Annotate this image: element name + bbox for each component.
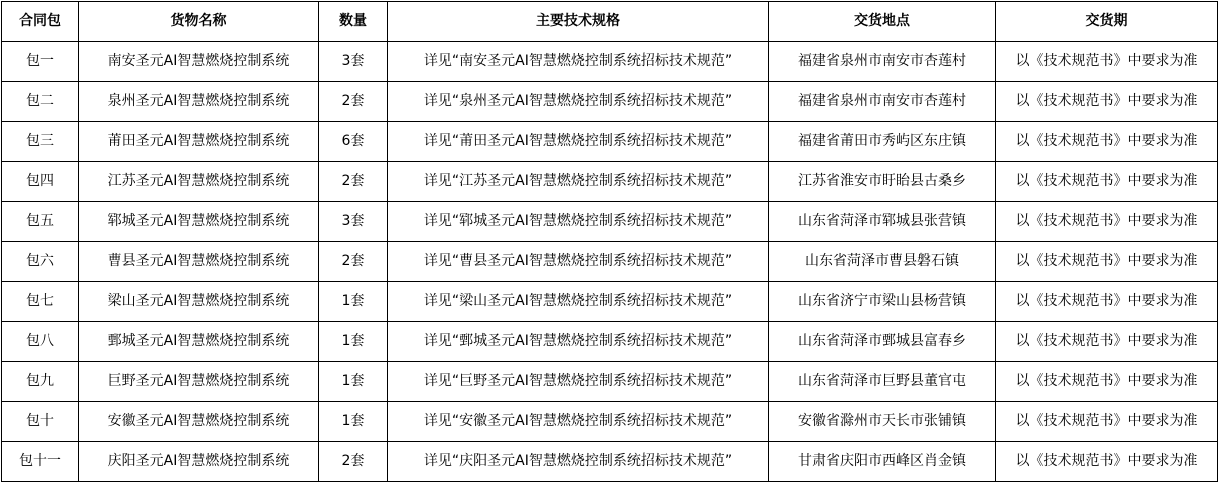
table-row: 包三莆田圣元AI智慧燃烧控制系统6套详见“莆田圣元AI智慧燃烧控制系统招标技术规… — [2, 122, 1218, 162]
cell-goods: 梁山圣元AI智慧燃烧控制系统 — [79, 282, 319, 322]
cell-goods: 郓城圣元AI智慧燃烧控制系统 — [79, 202, 319, 242]
cell-spec: 详见“安徽圣元AI智慧燃烧控制系统招标技术规范” — [388, 402, 769, 442]
cell-package: 包四 — [2, 162, 79, 202]
cell-spec: 详见“曹县圣元AI智慧燃烧控制系统招标技术规范” — [388, 242, 769, 282]
cell-location: 山东省菏泽市曹县磐石镇 — [769, 242, 996, 282]
cell-goods: 安徽圣元AI智慧燃烧控制系统 — [79, 402, 319, 442]
column-header-goods: 货物名称 — [79, 2, 319, 42]
cell-delivery: 以《技术规范书》中要求为准 — [996, 202, 1218, 242]
cell-qty: 6套 — [319, 122, 388, 162]
cell-qty: 2套 — [319, 442, 388, 482]
cell-qty: 1套 — [319, 362, 388, 402]
cell-location: 福建省泉州市南安市杏莲村 — [769, 42, 996, 82]
table-row: 包二泉州圣元AI智慧燃烧控制系统2套详见“泉州圣元AI智慧燃烧控制系统招标技术规… — [2, 82, 1218, 122]
cell-package: 包十 — [2, 402, 79, 442]
cell-location: 山东省济宁市梁山县杨营镇 — [769, 282, 996, 322]
cell-location: 安徽省滁州市天长市张铺镇 — [769, 402, 996, 442]
table-row: 包七梁山圣元AI智慧燃烧控制系统1套详见“梁山圣元AI智慧燃烧控制系统招标技术规… — [2, 282, 1218, 322]
contract-packages-table: 合同包货物名称数量主要技术规格交货地点交货期 包一南安圣元AI智慧燃烧控制系统3… — [1, 1, 1218, 482]
cell-goods: 庆阳圣元AI智慧燃烧控制系统 — [79, 442, 319, 482]
cell-spec: 详见“南安圣元AI智慧燃烧控制系统招标技术规范” — [388, 42, 769, 82]
cell-location: 山东省菏泽市巨野县董官屯 — [769, 362, 996, 402]
cell-goods: 江苏圣元AI智慧燃烧控制系统 — [79, 162, 319, 202]
cell-goods: 曹县圣元AI智慧燃烧控制系统 — [79, 242, 319, 282]
column-header-spec: 主要技术规格 — [388, 2, 769, 42]
cell-spec: 详见“江苏圣元AI智慧燃烧控制系统招标技术规范” — [388, 162, 769, 202]
cell-delivery: 以《技术规范书》中要求为准 — [996, 442, 1218, 482]
column-header-qty: 数量 — [319, 2, 388, 42]
cell-qty: 3套 — [319, 42, 388, 82]
cell-spec: 详见“梁山圣元AI智慧燃烧控制系统招标技术规范” — [388, 282, 769, 322]
cell-delivery: 以《技术规范书》中要求为准 — [996, 322, 1218, 362]
cell-spec: 详见“鄄城圣元AI智慧燃烧控制系统招标技术规范” — [388, 322, 769, 362]
column-header-delivery: 交货期 — [996, 2, 1218, 42]
cell-delivery: 以《技术规范书》中要求为准 — [996, 82, 1218, 122]
cell-qty: 1套 — [319, 402, 388, 442]
cell-spec: 详见“泉州圣元AI智慧燃烧控制系统招标技术规范” — [388, 82, 769, 122]
table-row: 包八鄄城圣元AI智慧燃烧控制系统1套详见“鄄城圣元AI智慧燃烧控制系统招标技术规… — [2, 322, 1218, 362]
table-row: 包一南安圣元AI智慧燃烧控制系统3套详见“南安圣元AI智慧燃烧控制系统招标技术规… — [2, 42, 1218, 82]
cell-qty: 2套 — [319, 162, 388, 202]
cell-location: 福建省泉州市南安市杏莲村 — [769, 82, 996, 122]
cell-goods: 南安圣元AI智慧燃烧控制系统 — [79, 42, 319, 82]
cell-delivery: 以《技术规范书》中要求为准 — [996, 242, 1218, 282]
cell-qty: 1套 — [319, 282, 388, 322]
cell-package: 包九 — [2, 362, 79, 402]
cell-goods: 莆田圣元AI智慧燃烧控制系统 — [79, 122, 319, 162]
cell-delivery: 以《技术规范书》中要求为准 — [996, 42, 1218, 82]
cell-spec: 详见“郓城圣元AI智慧燃烧控制系统招标技术规范” — [388, 202, 769, 242]
cell-qty: 2套 — [319, 82, 388, 122]
column-header-location: 交货地点 — [769, 2, 996, 42]
cell-package: 包十一 — [2, 442, 79, 482]
cell-location: 甘肃省庆阳市西峰区肖金镇 — [769, 442, 996, 482]
cell-location: 江苏省淮安市盱眙县古桑乡 — [769, 162, 996, 202]
table-row: 包五郓城圣元AI智慧燃烧控制系统3套详见“郓城圣元AI智慧燃烧控制系统招标技术规… — [2, 202, 1218, 242]
cell-delivery: 以《技术规范书》中要求为准 — [996, 162, 1218, 202]
table-body: 包一南安圣元AI智慧燃烧控制系统3套详见“南安圣元AI智慧燃烧控制系统招标技术规… — [2, 42, 1218, 482]
cell-delivery: 以《技术规范书》中要求为准 — [996, 122, 1218, 162]
cell-spec: 详见“巨野圣元AI智慧燃烧控制系统招标技术规范” — [388, 362, 769, 402]
cell-goods: 泉州圣元AI智慧燃烧控制系统 — [79, 82, 319, 122]
table-row: 包十安徽圣元AI智慧燃烧控制系统1套详见“安徽圣元AI智慧燃烧控制系统招标技术规… — [2, 402, 1218, 442]
table-row: 包十一庆阳圣元AI智慧燃烧控制系统2套详见“庆阳圣元AI智慧燃烧控制系统招标技术… — [2, 442, 1218, 482]
cell-location: 山东省菏泽市鄄城县富春乡 — [769, 322, 996, 362]
cell-spec: 详见“庆阳圣元AI智慧燃烧控制系统招标技术规范” — [388, 442, 769, 482]
cell-qty: 3套 — [319, 202, 388, 242]
cell-package: 包二 — [2, 82, 79, 122]
header-row: 合同包货物名称数量主要技术规格交货地点交货期 — [2, 2, 1218, 42]
cell-package: 包一 — [2, 42, 79, 82]
cell-package: 包三 — [2, 122, 79, 162]
column-header-package: 合同包 — [2, 2, 79, 42]
cell-location: 福建省莆田市秀屿区东庄镇 — [769, 122, 996, 162]
table-row: 包四江苏圣元AI智慧燃烧控制系统2套详见“江苏圣元AI智慧燃烧控制系统招标技术规… — [2, 162, 1218, 202]
cell-package: 包八 — [2, 322, 79, 362]
cell-location: 山东省菏泽市郓城县张营镇 — [769, 202, 996, 242]
cell-goods: 巨野圣元AI智慧燃烧控制系统 — [79, 362, 319, 402]
cell-delivery: 以《技术规范书》中要求为准 — [996, 362, 1218, 402]
cell-qty: 1套 — [319, 322, 388, 362]
cell-package: 包七 — [2, 282, 79, 322]
cell-delivery: 以《技术规范书》中要求为准 — [996, 282, 1218, 322]
table-row: 包九巨野圣元AI智慧燃烧控制系统1套详见“巨野圣元AI智慧燃烧控制系统招标技术规… — [2, 362, 1218, 402]
cell-spec: 详见“莆田圣元AI智慧燃烧控制系统招标技术规范” — [388, 122, 769, 162]
cell-package: 包五 — [2, 202, 79, 242]
table-row: 包六曹县圣元AI智慧燃烧控制系统2套详见“曹县圣元AI智慧燃烧控制系统招标技术规… — [2, 242, 1218, 282]
cell-qty: 2套 — [319, 242, 388, 282]
cell-package: 包六 — [2, 242, 79, 282]
cell-delivery: 以《技术规范书》中要求为准 — [996, 402, 1218, 442]
document-page: 合同包货物名称数量主要技术规格交货地点交货期 包一南安圣元AI智慧燃烧控制系统3… — [0, 0, 1219, 481]
cell-goods: 鄄城圣元AI智慧燃烧控制系统 — [79, 322, 319, 362]
